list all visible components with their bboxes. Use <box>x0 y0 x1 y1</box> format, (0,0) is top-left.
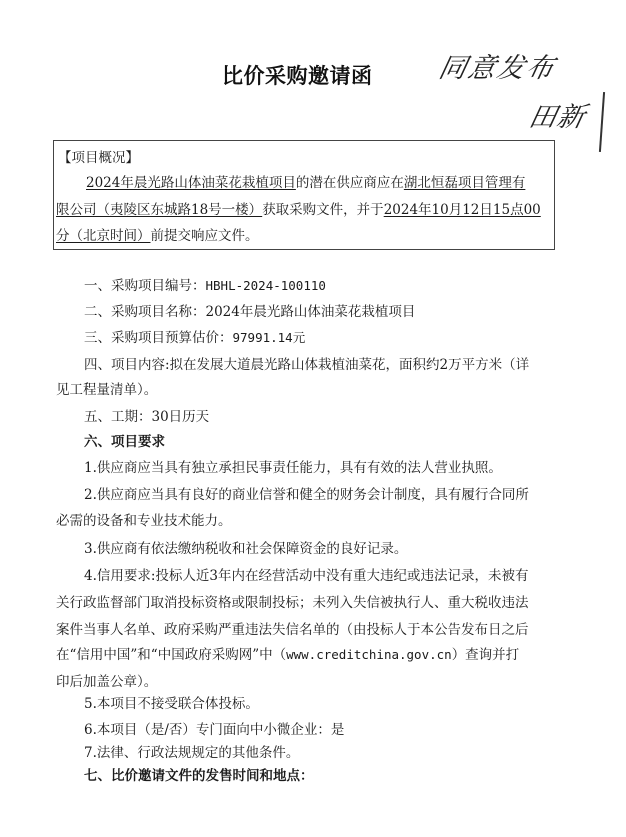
deadline-part2: 分（北京时间） <box>56 228 151 244</box>
company-name-part2: 限公司（夷陵区东城路18号一楼） <box>56 202 262 218</box>
signature-stroke <box>599 92 605 152</box>
section-4-content-line-2: 见工程量清单）。 <box>56 382 157 398</box>
requirement-3: 3.供应商有依法缴纳税收和社会保障资金的良好记录。 <box>84 541 407 557</box>
handwritten-approval-note: 同意发布 <box>436 46 560 85</box>
requirement-4-line-4: 在“信用中国”和“中国政府采购网”中（www.creditchina.gov.c… <box>56 647 519 663</box>
overview-text-1: 的潜在供应商应在 <box>296 175 404 191</box>
overview-line-2: 限公司（夷陵区东城路18号一楼）获取采购文件，并于2024年10月12日15点0… <box>56 202 541 218</box>
section-1-project-number: 一、采购项目编号：HBHL-2024-100110 <box>84 278 326 294</box>
deadline-part1: 2024年10月12日15点00 <box>384 202 541 218</box>
requirement-4-line-2: 关行政监督部门取消投标资格或限制投标；未列入失信被执行人、重大税收违法 <box>56 595 529 611</box>
requirement-2-line-1: 2.供应商应当具有良好的商业信誉和健全的财务会计制度，具有履行合同所 <box>84 487 529 503</box>
overview-line-1: 2024年晨光路山体油菜花栽植项目的潜在供应商应在湖北恒磊项目管理有 <box>86 175 525 191</box>
overview-heading: 【项目概况】 <box>58 150 139 166</box>
section-4-content-line-1: 四、项目内容:拟在发展大道晨光路山体栽植油菜花，面积约2万平方米（详 <box>84 357 529 373</box>
section-2-label: 二、采购项目名称： <box>84 304 206 320</box>
section-1-label: 一、采购项目编号： <box>84 278 206 294</box>
requirement-4-line-5: 印后加盖公章）。 <box>56 674 157 690</box>
overview-text-3: 前提交响应文件。 <box>151 228 259 244</box>
requirement-4-line-1: 4.信用要求:投标人近3年内在经营活动中没有重大违纪或违法记录，未被有 <box>84 568 529 584</box>
requirement-6: 6.本项目（是/否）专门面向中小微企业：是 <box>84 722 344 738</box>
document-title: 比价采购邀请函 <box>222 60 373 90</box>
budget-value: 97991.14元 <box>233 330 306 345</box>
section-6-heading: 六、项目要求 <box>84 434 165 450</box>
section-7-heading: 七、比价邀请文件的发售时间和地点： <box>84 768 314 784</box>
company-name-part1: 湖北恒磊项目管理有 <box>404 175 526 191</box>
requirement-4-text-b: ）查询并打 <box>452 647 520 663</box>
section-2-project-name: 二、采购项目名称：2024年晨光路山体油菜花栽植项目 <box>84 304 415 320</box>
requirement-2-line-2: 必需的设备和专业技术能力。 <box>56 513 232 529</box>
project-number-value: HBHL-2024-100110 <box>206 278 326 293</box>
requirement-5: 5.本项目不接受联合体投标。 <box>84 696 259 712</box>
handwritten-signature: 田新 <box>526 95 590 134</box>
overview-text-2: 获取采购文件，并于 <box>262 202 384 218</box>
section-3-budget: 三、采购项目预算估价：97991.14元 <box>84 330 305 346</box>
requirement-4-text-a: 在“信用中国”和“中国政府采购网”中（ <box>56 647 286 663</box>
requirement-7: 7.法律、行政法规规定的其他条件。 <box>84 745 299 761</box>
requirement-1: 1.供应商应当具有独立承担民事责任能力，具有有效的法人营业执照。 <box>84 460 502 476</box>
project-name-value: 2024年晨光路山体油菜花栽植项目 <box>206 304 416 320</box>
overview-line-3: 分（北京时间）前提交响应文件。 <box>56 228 259 244</box>
creditchina-url[interactable]: www.creditchina.gov.cn <box>286 647 452 662</box>
section-3-label: 三、采购项目预算估价： <box>84 330 233 346</box>
requirement-4-line-3: 案件当事人名单、政府采购严重违法失信名单的（由投标人于本公告发布日之后 <box>56 622 529 638</box>
section-5-duration: 五、工期：30日历天 <box>84 409 209 425</box>
project-name-link: 2024年晨光路山体油菜花栽植项目 <box>86 175 296 191</box>
